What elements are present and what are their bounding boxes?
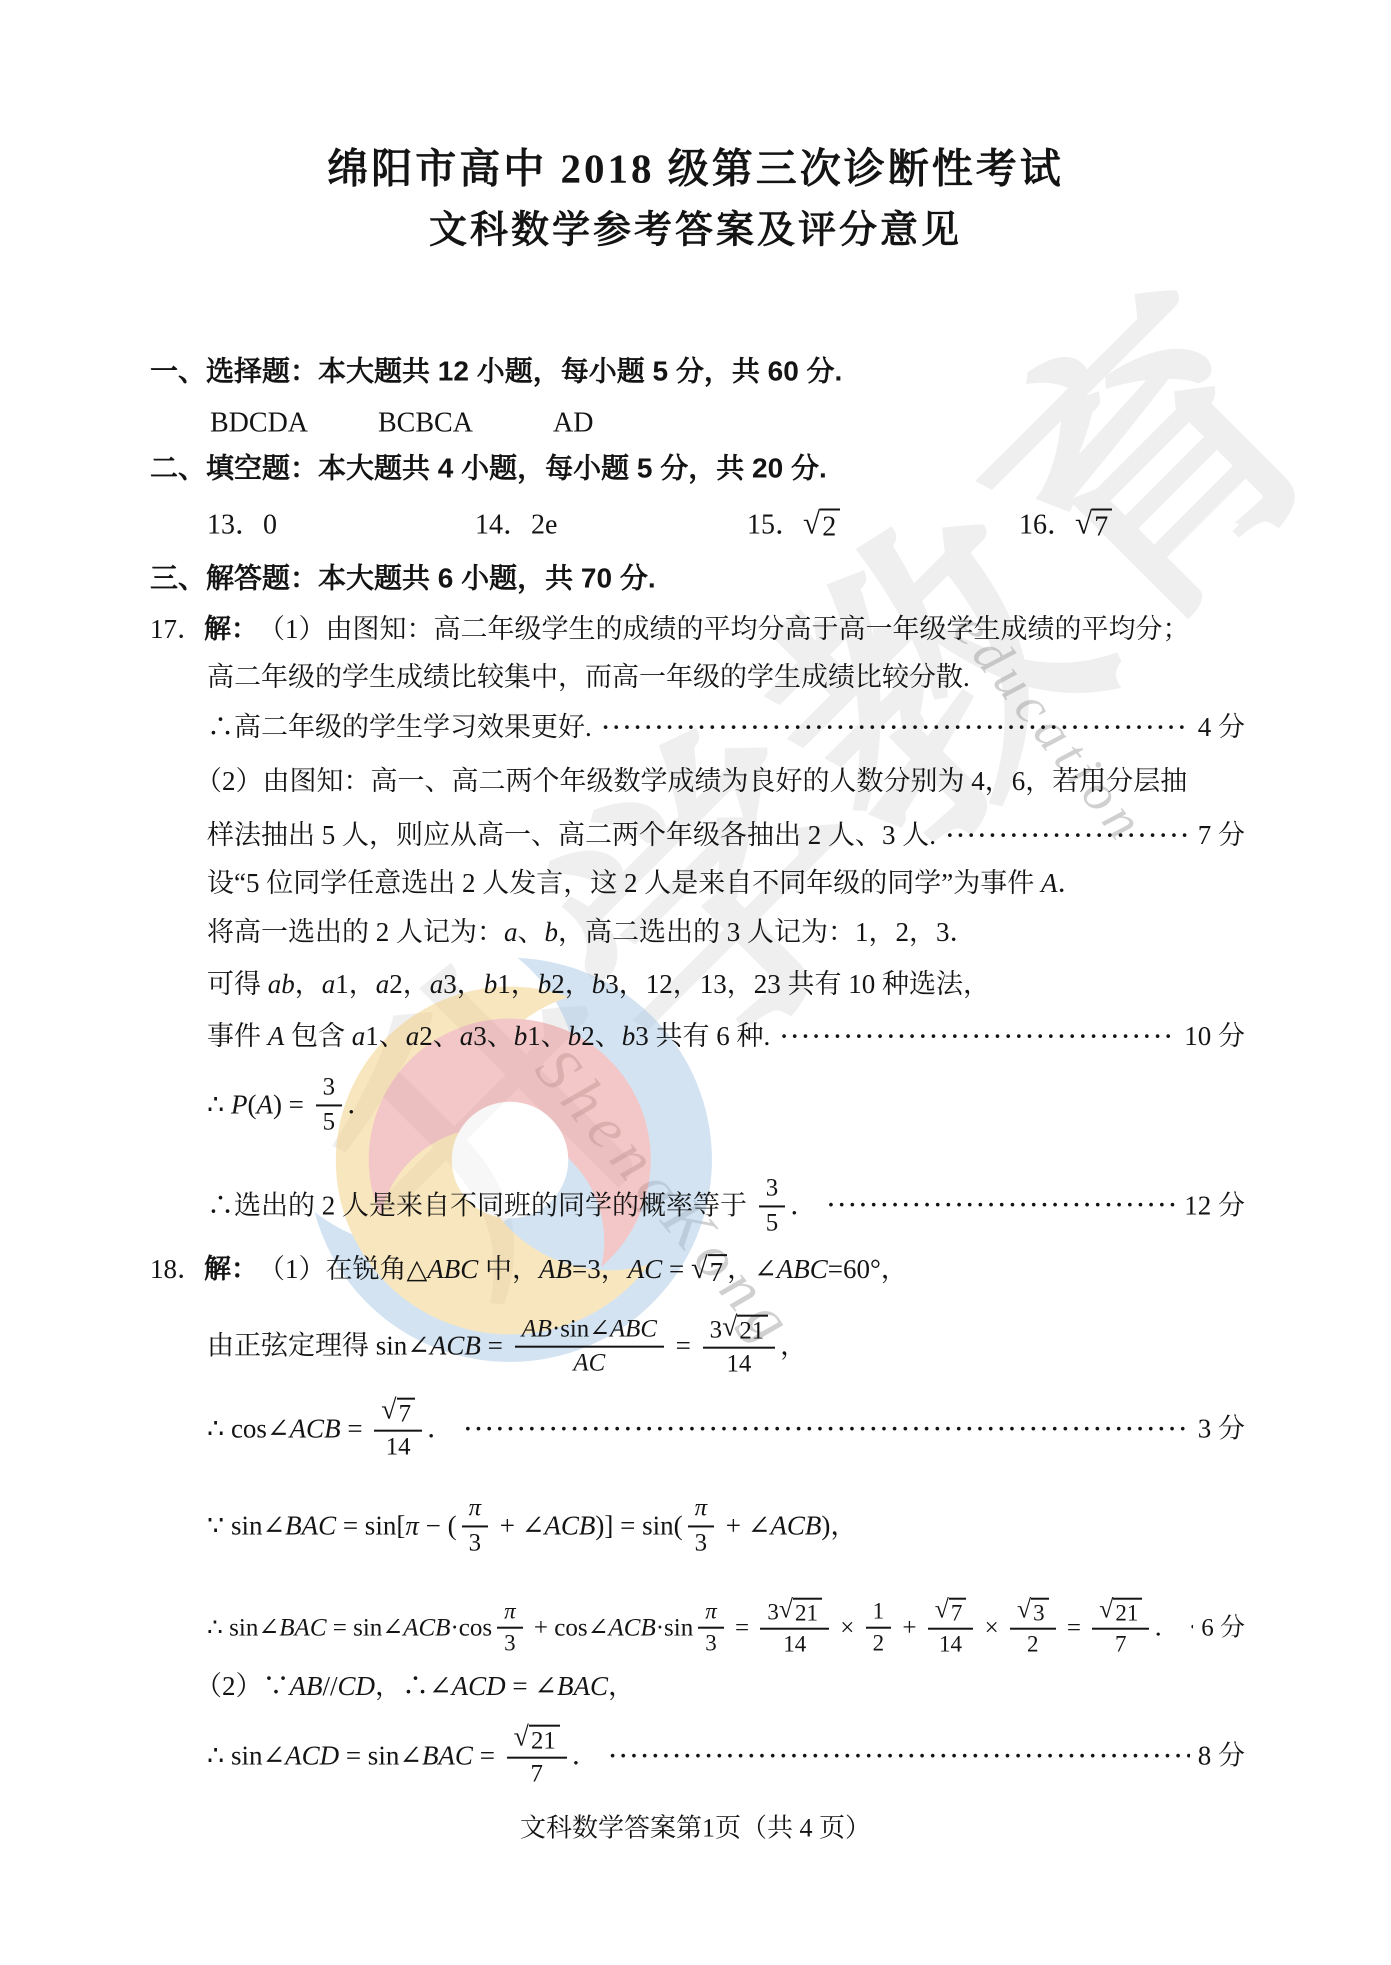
text-run: ，高二选出的 3 人记为：1，2，3．	[558, 916, 977, 950]
text-run: + cos∠	[528, 1612, 609, 1643]
text-run: A	[256, 1088, 273, 1122]
text-run: ，	[349, 968, 376, 1002]
radical: √21	[1099, 1598, 1142, 1626]
text-run: π	[469, 1494, 481, 1523]
text-run: 3	[443, 968, 457, 1002]
fraction-numerator: 3	[316, 1073, 342, 1106]
fraction: π3	[497, 1599, 523, 1658]
text-run: （2）∵	[195, 1670, 290, 1704]
text-run: ∴	[207, 1612, 229, 1643]
text-run: //	[323, 1670, 338, 1704]
text-run: =	[1061, 1612, 1088, 1643]
text-run: π	[695, 1494, 707, 1523]
radical: √7	[381, 1398, 415, 1428]
fraction-denominator: 3	[504, 1629, 516, 1657]
radical: √21	[779, 1598, 822, 1626]
radical: √7	[691, 1254, 727, 1286]
radical-sign-icon: √	[722, 1314, 737, 1342]
text-run: sin∠	[229, 1612, 279, 1643]
text-run: a	[504, 916, 518, 950]
fraction-numerator: √21	[1092, 1598, 1149, 1630]
fraction: AB·sin∠ABCAC	[515, 1315, 664, 1378]
text-run: 7	[399, 1401, 411, 1428]
text-run: 3	[705, 1631, 717, 1656]
text-run: ab	[268, 968, 295, 1002]
text-run: b	[545, 916, 559, 950]
score-label: 8 分	[1198, 1740, 1245, 1774]
text-run: = sin∠	[339, 1740, 422, 1774]
choice-answer-2: BCBCA	[378, 406, 473, 441]
text-run: A	[1041, 867, 1058, 901]
leader-dots: ········································…	[827, 1192, 1176, 1221]
text-run: AC	[628, 1253, 663, 1287]
radicand: 7	[708, 1254, 728, 1286]
text-run: =3，	[572, 1253, 628, 1287]
text-run: 2	[389, 968, 403, 1002]
text-run: （2）由图知：高一、高二两个年级数学成绩为良好的人数分别为 4，6，若用分层抽	[195, 765, 1187, 799]
text-run: = sin∠	[327, 1612, 404, 1643]
radical-sign-icon: √	[514, 1724, 529, 1752]
text-run: AB	[290, 1670, 323, 1704]
text-run: b	[538, 968, 552, 1002]
score-label: 10 分	[1184, 1020, 1245, 1054]
fraction-denominator: 5	[323, 1106, 335, 1137]
text-run: 二、填空题：本大题共 4 小题，每小题 5 分，共 20 分.	[150, 451, 827, 486]
radical: √2	[803, 508, 840, 541]
text-run: 1	[335, 968, 349, 1002]
fraction-numerator: AB·sin∠ABC	[515, 1315, 664, 1348]
leader-dots: ········································…	[464, 1416, 1190, 1445]
text-run: 14	[727, 1351, 752, 1378]
text-run: =	[669, 1330, 698, 1364]
text-run: a	[352, 1020, 366, 1054]
fraction-denominator: 14	[727, 1349, 752, 1380]
text-run: ∵	[207, 1509, 231, 1543]
text-run: π	[504, 1599, 516, 1625]
text-run: ，∴∠	[375, 1670, 452, 1704]
radicand: 21	[737, 1315, 768, 1345]
text-run: 3	[635, 1020, 649, 1054]
heading-solve: 三、解答题：本大题共 6 小题，共 70 分.	[150, 561, 656, 596]
text-run: π	[705, 1599, 717, 1625]
text-run: ，12，13，23 共有 10 种选法，	[619, 968, 990, 1002]
text-run: 18．	[150, 1253, 204, 1287]
text-run: 高二年级的学生成绩比较集中，而高一年级的学生成绩比较分散.	[207, 661, 970, 695]
text-run: ACB	[770, 1509, 821, 1543]
fraction-numerator: π	[462, 1494, 488, 1527]
text-run: )] = sin(	[595, 1509, 682, 1543]
text-run: ，	[295, 968, 322, 1002]
text-run: 7	[710, 1257, 724, 1287]
fraction-numerator: 3√21	[760, 1598, 829, 1630]
fraction: √32	[1010, 1598, 1056, 1659]
text-run: b	[484, 968, 498, 1002]
text-run: a	[322, 968, 336, 1002]
fraction: π3	[698, 1599, 724, 1658]
text-run: 21	[1115, 1601, 1138, 1626]
leader-dots: ········································…	[946, 822, 1190, 851]
text-run: 5	[766, 1209, 778, 1236]
text-run: 、	[595, 1020, 622, 1054]
text-run: 16．	[1019, 508, 1075, 543]
q17-line-5: 样法抽出 5 人，则应从高一、高二两个年级各抽出 2 人、3 人.·······…	[207, 819, 1245, 853]
text-run: 可得	[207, 968, 268, 1002]
text-run: ．	[790, 1189, 817, 1223]
fraction-denominator: 14	[783, 1630, 806, 1658]
text-run: + ∠	[719, 1509, 770, 1543]
text-run: π	[405, 1509, 419, 1543]
q18-line-2: 由正弦定理得 sin∠ACB = AB·sin∠ABCAC = 3√2114，	[207, 1315, 807, 1380]
text-run: 21	[795, 1601, 818, 1626]
fraction-numerator: √21	[507, 1725, 567, 1759]
text-run: 三、解答题：本大题共 6 小题，共 70 分.	[150, 561, 656, 596]
text-run: AC	[573, 1350, 605, 1377]
text-run: = sin[	[336, 1509, 405, 1543]
fraction-denominator: 5	[766, 1207, 778, 1238]
q17-line-10: ∴ P(A) = 35．	[207, 1073, 374, 1136]
radical: √3	[1017, 1598, 1049, 1626]
fraction-denominator: 2	[1027, 1630, 1039, 1658]
q17-line-9: 事件 A 包含 a1、a2、a3、b1、b2、b3 共有 6 种.·······…	[207, 1020, 1245, 1054]
fraction-denominator: AC	[573, 1348, 605, 1379]
fraction-denominator: 7	[531, 1759, 543, 1790]
leader-dots: ········································…	[609, 1743, 1190, 1772]
text-run: a	[406, 1020, 420, 1054]
text-run: 一、选择题：本大题共 12 小题，每小题 5 分，共 60 分.	[150, 354, 842, 389]
text-run: ．	[572, 1740, 599, 1774]
text-run: =	[662, 1253, 691, 1287]
fraction-numerator: π	[497, 1599, 523, 1629]
text-run: + ∠	[493, 1509, 544, 1543]
text-run: ×	[834, 1612, 861, 1643]
text-run: 、	[541, 1020, 568, 1054]
text-run: ．	[1154, 1612, 1179, 1643]
text-run: =	[481, 1330, 510, 1364]
q18-line-1: 18．解：（1）在锐角△ABC 中，AB=3，AC = √7，∠ABC=60°，	[150, 1253, 908, 1287]
fraction: √714	[928, 1598, 974, 1659]
text-run: ·sin∠	[552, 1315, 610, 1344]
radicand: 21	[529, 1725, 560, 1755]
fraction-numerator: √3	[1010, 1598, 1056, 1630]
text-run: 5	[323, 1108, 335, 1135]
fraction-numerator: √7	[374, 1398, 422, 1432]
text-run: ，	[457, 968, 484, 1002]
text-run: 21	[739, 1318, 764, 1345]
q17-line-7: 将高一选出的 2 人记为：a、b，高二选出的 3 人记为：1，2，3．	[207, 916, 977, 950]
exam-answer-page: 升学教育 education ShengKong 绵阳市高中 2018 级第三次…	[0, 0, 1391, 1965]
fraction-denominator: 7	[1115, 1630, 1127, 1658]
text-run: 设“5 位同学任意选出 2 人发言，这 2 人是来自不同年级的同学”为事件	[207, 867, 1041, 901]
fraction: π3	[462, 1494, 488, 1557]
fraction: √217	[1092, 1598, 1149, 1659]
text-run: ACB	[290, 1413, 341, 1447]
text-run: 1	[365, 1020, 379, 1054]
q18-line-6: （2）∵AB//CD，∴∠ACD = ∠BAC，	[195, 1670, 635, 1704]
text-run: ．	[1057, 867, 1084, 901]
fraction: 35	[759, 1174, 785, 1237]
text-run: ，∠	[727, 1253, 777, 1287]
fraction-denominator: 3	[705, 1629, 717, 1657]
text-run: 3	[469, 1529, 481, 1556]
fill-answer-13: 13．0	[207, 508, 277, 543]
text-run: b	[622, 1020, 636, 1054]
text-run: 共有 6 种.	[649, 1020, 771, 1054]
score-label: 12 分	[1184, 1189, 1245, 1223]
text-run: ，	[780, 1330, 807, 1364]
q17-line-3: ∴高二年级的学生学习效果更好.·························…	[207, 711, 1245, 745]
text-run: b	[592, 968, 606, 1002]
text-run: a	[460, 1020, 474, 1054]
text-run: AD	[553, 406, 593, 441]
text-run: 事件	[207, 1020, 268, 1054]
text-run: 将高一选出的 2 人记为：	[207, 916, 504, 950]
leader-dots: ········································…	[602, 714, 1190, 743]
text-run: P	[231, 1088, 248, 1122]
fraction-numerator: 1	[866, 1599, 892, 1629]
text-run: )，	[821, 1509, 857, 1543]
text-run: ·cos	[450, 1612, 492, 1643]
fraction-numerator: √7	[928, 1598, 974, 1630]
text-run: CD	[338, 1670, 376, 1704]
q18-line-5: ∴ sin∠BAC = sin∠ACB·cosπ3 + cos∠ACB·sinπ…	[207, 1598, 1245, 1659]
text-run: （1）由图知：高二年级学生的成绩的平均分高于高一年级学生成绩的平均分；	[258, 613, 1190, 647]
radical: √7	[935, 1598, 967, 1626]
q17-line-11: ∴选出的 2 人是来自不同班的同学的概率等于 35．··············…	[207, 1174, 1245, 1237]
fraction-denominator: 14	[386, 1432, 411, 1463]
text-run: AB	[539, 1253, 572, 1287]
q17-line-4: （2）由图知：高一、高二两个年级数学成绩为良好的人数分别为 4，6，若用分层抽	[195, 765, 1187, 799]
fraction: √714	[374, 1398, 422, 1463]
score-label: 7 分	[1198, 819, 1245, 853]
text-run: ∴	[207, 1088, 231, 1122]
radical-sign-icon: √	[381, 1397, 396, 1425]
text-run: ABC	[427, 1253, 478, 1287]
text-run: A	[268, 1020, 285, 1054]
text-run: ABC	[777, 1253, 828, 1287]
text-run: sin∠	[376, 1330, 430, 1364]
text-run: =	[341, 1413, 370, 1447]
q18-line-7: ∴ sin∠ACD = sin∠BAC = √217．·············…	[207, 1725, 1245, 1790]
radical-sign-icon: √	[1099, 1597, 1113, 1623]
fraction: 12	[866, 1599, 892, 1658]
text-run: 14	[939, 1632, 962, 1657]
text-run: sin∠	[231, 1509, 285, 1543]
text-run: 、	[518, 916, 545, 950]
text-run: ∴选出的 2 人是来自不同班的同学的概率等于	[207, 1189, 754, 1223]
score-label: 3 分	[1198, 1413, 1245, 1447]
text-run: 2	[873, 1631, 885, 1656]
text-run: 2	[1027, 1632, 1039, 1657]
text-run: 、	[433, 1020, 460, 1054]
text-run: 1	[527, 1020, 541, 1054]
text-run: 中，	[478, 1253, 539, 1287]
text-run: 3	[695, 1529, 707, 1556]
text-run: ACB	[609, 1612, 656, 1643]
text-run: 2	[551, 968, 565, 1002]
heading-choice: 一、选择题：本大题共 12 小题，每小题 5 分，共 60 分.	[150, 354, 842, 389]
text-run: 21	[531, 1728, 556, 1755]
choice-answer-1: BDCDA	[210, 406, 308, 441]
text-run: 7	[951, 1601, 963, 1626]
text-run: ，	[565, 968, 592, 1002]
fraction-numerator: 3	[759, 1174, 785, 1207]
text-run: 7	[1115, 1632, 1127, 1657]
fraction-denominator: 2	[873, 1629, 885, 1657]
radicand: 7	[949, 1598, 967, 1626]
leader-dots: ········································…	[780, 1023, 1176, 1052]
choice-answer-3: AD	[553, 406, 593, 441]
q17-line-8: 可得 ab，a1，a2，a3，b1，b2，b3，12，13，23 共有 10 种…	[207, 968, 990, 1002]
radicand: 21	[793, 1598, 822, 1626]
score-label: 4 分	[1198, 711, 1245, 745]
text-run: =	[473, 1740, 502, 1774]
text-run: 解：	[204, 1253, 258, 1287]
text-run: 2	[419, 1020, 433, 1054]
text-run: 13．0	[207, 508, 277, 543]
fill-answer-15: 15．√2	[747, 508, 840, 543]
text-run: 2	[822, 511, 836, 542]
radicand: 7	[397, 1398, 415, 1428]
text-run: BAC	[422, 1740, 473, 1774]
q18-line-4: ∵ sin∠BAC = sin[π − (π3 + ∠ACB)] = sin(π…	[207, 1494, 857, 1557]
text-run: 3	[605, 968, 619, 1002]
radical: √7	[1075, 508, 1112, 541]
page-footer: 文科数学答案第1页（共 4 页）	[0, 1808, 1391, 1845]
text-run: （1）在锐角△	[258, 1253, 427, 1287]
text-run: ACD	[285, 1740, 339, 1774]
text-run: ) =	[273, 1088, 311, 1122]
page-subtitle: 文科数学参考答案及评分意见	[0, 199, 1391, 254]
text-run: sin∠	[231, 1740, 285, 1774]
text-run: ACB	[544, 1509, 595, 1543]
text-run: 样法抽出 5 人，则应从高一、高二两个年级各抽出 2 人、3 人.	[207, 819, 936, 853]
text-run: ACD	[452, 1670, 506, 1704]
text-run: a	[376, 968, 390, 1002]
text-run: ACB	[430, 1330, 481, 1364]
text-run: BAC	[557, 1670, 608, 1704]
radical-sign-icon: √	[779, 1597, 793, 1623]
text-run: ∴高二年级的学生学习效果更好.	[207, 711, 592, 745]
text-run: ∴	[207, 1413, 231, 1447]
fraction: 3√2114	[760, 1598, 829, 1659]
text-run: ．	[427, 1413, 454, 1447]
fraction-denominator: 14	[939, 1630, 962, 1658]
text-run: 1	[873, 1599, 885, 1625]
text-run: ，	[608, 1670, 635, 1704]
q17-line-1: 17．解：（1）由图知：高二年级学生的成绩的平均分高于高一年级学生成绩的平均分；	[150, 613, 1190, 647]
text-run: ACB	[403, 1612, 450, 1643]
text-run: 2	[581, 1020, 595, 1054]
radical-sign-icon: √	[1075, 507, 1092, 538]
text-run: =60°	[828, 1253, 881, 1287]
text-run: a	[430, 968, 444, 1002]
text-run: 15．	[747, 508, 803, 543]
text-run: 解：	[204, 613, 258, 647]
fraction-denominator: 3	[695, 1527, 707, 1558]
radical: √21	[722, 1315, 768, 1345]
radical-sign-icon: √	[691, 1253, 708, 1283]
fraction-numerator: π	[698, 1599, 724, 1629]
radical-sign-icon: √	[803, 507, 820, 538]
text-run: ，	[511, 968, 538, 1002]
text-run: − (	[419, 1509, 457, 1543]
text-run: 3	[766, 1174, 778, 1203]
text-run: 3	[323, 1073, 335, 1102]
text-run: 包含	[284, 1020, 352, 1054]
text-run: BAC	[285, 1509, 336, 1543]
radical-sign-icon: √	[935, 1597, 949, 1623]
text-run: 7	[1094, 511, 1108, 542]
text-run: =	[729, 1612, 756, 1643]
text-run: ∴	[207, 1740, 231, 1774]
text-run: 3	[1033, 1601, 1045, 1626]
radicand: 7	[1092, 508, 1112, 541]
logo-swirl-blue	[314, 958, 711, 1362]
text-run: 1	[497, 968, 511, 1002]
text-run: 3	[710, 1316, 722, 1345]
fraction: √217	[507, 1725, 567, 1790]
text-run: 、	[379, 1020, 406, 1054]
text-run: ．	[347, 1088, 374, 1122]
text-run: 14	[783, 1632, 806, 1657]
text-run: cos∠	[231, 1413, 290, 1447]
text-run: ·sin	[656, 1612, 694, 1643]
text-run: b	[514, 1020, 528, 1054]
heading-fill: 二、填空题：本大题共 4 小题，每小题 5 分，共 20 分.	[150, 451, 827, 486]
text-run: 17．	[150, 613, 204, 647]
text-run: +	[896, 1612, 923, 1643]
text-run: AB	[522, 1315, 552, 1344]
text-run: ，	[881, 1253, 908, 1287]
text-run: BDCDA	[210, 406, 308, 441]
score-label: 6 分	[1201, 1612, 1245, 1643]
text-run: 由正弦定理得	[207, 1330, 376, 1364]
text-run: b	[568, 1020, 582, 1054]
fraction: 35	[316, 1073, 342, 1136]
fraction-numerator: 3√21	[703, 1315, 776, 1349]
text-run: 、	[487, 1020, 514, 1054]
fraction: π3	[688, 1494, 714, 1557]
text-run: BCBCA	[378, 406, 473, 441]
text-run: ×	[978, 1612, 1005, 1643]
text-run: BAC	[279, 1612, 326, 1643]
fraction: 3√2114	[703, 1315, 776, 1380]
radicand: 21	[1113, 1598, 1142, 1626]
radical-sign-icon: √	[1017, 1597, 1031, 1623]
fraction-numerator: π	[688, 1494, 714, 1527]
page-title: 绵阳市高中 2018 级第三次诊断性考试	[0, 136, 1391, 195]
fill-answer-16: 16．√7	[1019, 508, 1112, 543]
q18-line-3: ∴ cos∠ACB = √714．·······················…	[207, 1398, 1245, 1463]
fraction-denominator: 3	[469, 1527, 481, 1558]
text-run: ，	[403, 968, 430, 1002]
text-run: 3	[504, 1631, 516, 1656]
text-run: = ∠	[506, 1670, 557, 1704]
text-run: 14	[386, 1434, 411, 1461]
leader-dots: ········································…	[1189, 1614, 1193, 1643]
text-run: 3	[473, 1020, 487, 1054]
q17-line-6: 设“5 位同学任意选出 2 人发言，这 2 人是来自不同年级的同学”为事件 A．	[207, 867, 1084, 901]
radical: √21	[514, 1725, 560, 1755]
text-run: 7	[531, 1761, 543, 1788]
q17-line-2: 高二年级的学生成绩比较集中，而高一年级的学生成绩比较分散.	[207, 661, 970, 695]
radicand: 3	[1031, 1598, 1049, 1626]
text-run: ABC	[610, 1315, 657, 1344]
radicand: 2	[820, 508, 840, 541]
text-run: 3	[767, 1599, 779, 1625]
fill-answer-14: 14．2e	[475, 508, 557, 543]
text-run: 14．2e	[475, 508, 557, 543]
